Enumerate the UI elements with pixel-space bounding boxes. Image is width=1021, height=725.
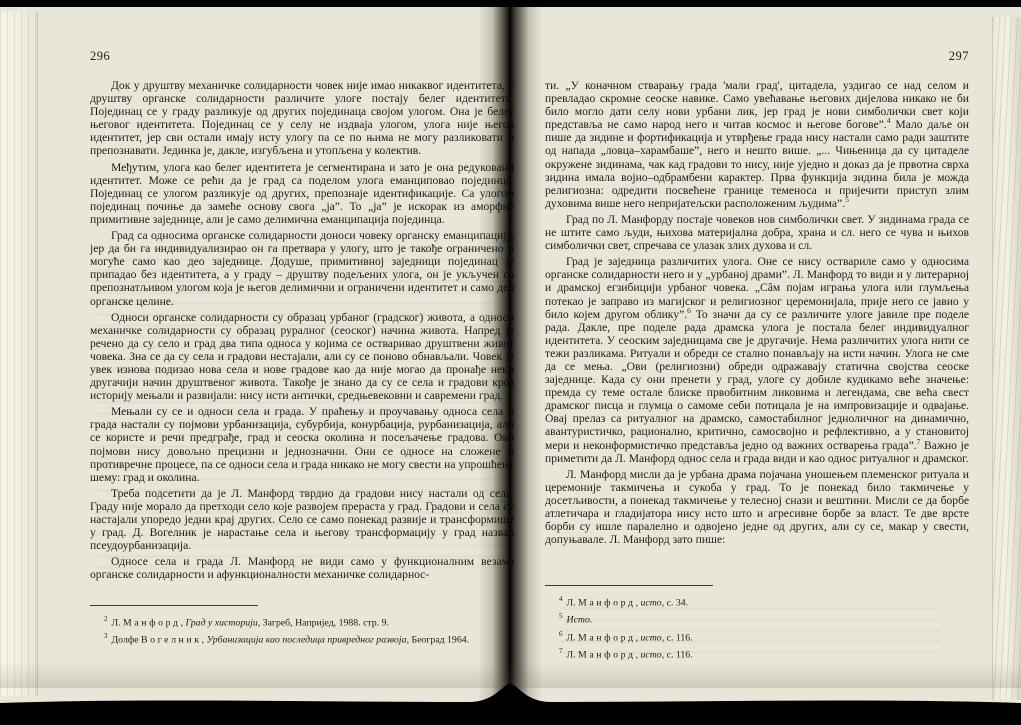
right-page-text: ти. „У коначном стварању града 'мали гра… (545, 79, 969, 546)
footnote-author: Манфорд (578, 597, 636, 608)
left-page: 296 Док у друштву механичке солидарности… (90, 49, 514, 584)
footnote: 6Л. Манфорд, исто, с. 116. (545, 628, 969, 644)
footnote-text: Л. (112, 617, 124, 628)
paragraph: Односи органске солидарности су образац … (90, 311, 514, 403)
paragraph: ти. „У коначном стварању града 'мали гра… (545, 79, 969, 210)
footnote-author: Манфорд (578, 632, 636, 643)
footnote-text: , с. 116. (662, 649, 693, 660)
footnote-title: Исто. (567, 615, 593, 626)
paragraph: Док у друштву механичке солидарности чов… (90, 79, 514, 158)
footnote-marker: 5 (559, 612, 563, 620)
paragraph: Треба подсетити да је Л. Манфорд тврдио … (90, 487, 514, 552)
left-page-footnotes: 2Л. Манфорд, Град у хисторији, Загреб, Н… (90, 605, 514, 648)
page-number-right: 297 (545, 49, 969, 64)
right-page: 297 ти. „У коначном стварању града 'мали… (545, 49, 969, 549)
footnote: 5Исто. (545, 610, 969, 626)
footnote-marker: 7 (559, 647, 563, 655)
footnote-author: Манфорд (578, 649, 636, 660)
footnote-separator (90, 605, 258, 606)
footnote-title: исто (640, 632, 661, 643)
paragraph-text: Мало даље он пише да зидине и фортификац… (545, 118, 969, 210)
footnote: 4Л. Манфорд, исто, с. 34. (545, 593, 969, 609)
footnote-text: Л. (567, 632, 579, 643)
right-page-edge-stack (992, 17, 1021, 700)
left-page-edge-stack (0, 11, 38, 696)
paragraph: Град са односима органске солидарности д… (90, 229, 514, 308)
footnote-author: Вогелник (141, 635, 202, 646)
book-spread: 296 Док у друштву механичке солидарности… (0, 7, 1021, 706)
right-page-footnotes: 4Л. Манфорд, исто, с. 34. 5Исто. 6Л. Ман… (545, 585, 969, 662)
paragraph: Л. Манфорд мисли да је урбана драма поја… (545, 468, 969, 547)
footnote-marker: 4 (559, 595, 563, 603)
footnote-marker: 3 (104, 632, 108, 640)
footnote: 2Л. Манфорд, Град у хисторији, Загреб, Н… (90, 613, 514, 629)
footnote-title: Град у хисторији (185, 617, 257, 628)
scanned-book-photo: 296 Док у друштву механичке солидарности… (0, 0, 1021, 725)
footnote-title: исто (640, 649, 661, 660)
paragraph-text: То значи да су се различите улоге јавиле… (545, 308, 969, 452)
footnote-text: , с. 34. (662, 597, 688, 608)
footnote-marker: 6 (559, 630, 563, 638)
paragraph: Мењали су се и односи села и града. У пр… (90, 405, 514, 484)
footnote: 3Долфе Вогелник, Урбанизација као послед… (90, 630, 514, 646)
paragraph: Међутим, улога као белег идентитета је с… (90, 161, 514, 226)
footnote-reference: 5 (845, 195, 849, 204)
paragraph: Град је заједница различитих улога. Оне … (545, 255, 969, 465)
paragraph: Односе села и града Л. Манфорд не види с… (90, 555, 514, 581)
page-number-left: 296 (90, 49, 514, 64)
left-page-text: Док у друштву механичке солидарности чов… (90, 79, 514, 581)
footnote-author: Манфорд (123, 617, 181, 628)
footnote-text: Долфе (112, 635, 142, 646)
footnote: 7Л. Манфорд, исто, с. 116. (545, 645, 969, 661)
paragraph: Град по Л. Манфорду постаје човеков нов … (545, 213, 969, 252)
footnote-title: исто (640, 597, 661, 608)
footnote-text: , с. 116. (662, 632, 693, 643)
footnote-text: Л. (567, 649, 579, 660)
footnote-text: Л. (567, 597, 579, 608)
footnote-marker: 2 (104, 615, 108, 623)
footnote-title: Урбанизација као последица привредног ра… (207, 635, 407, 646)
footnote-text: , Загреб, Напријед, 1988. стр. 9. (258, 617, 389, 628)
background-top (0, 0, 1021, 7)
book-bottom-edge (0, 679, 1021, 725)
footnote-separator (545, 585, 713, 586)
footnote-text: , Београд 1964. (407, 635, 470, 646)
